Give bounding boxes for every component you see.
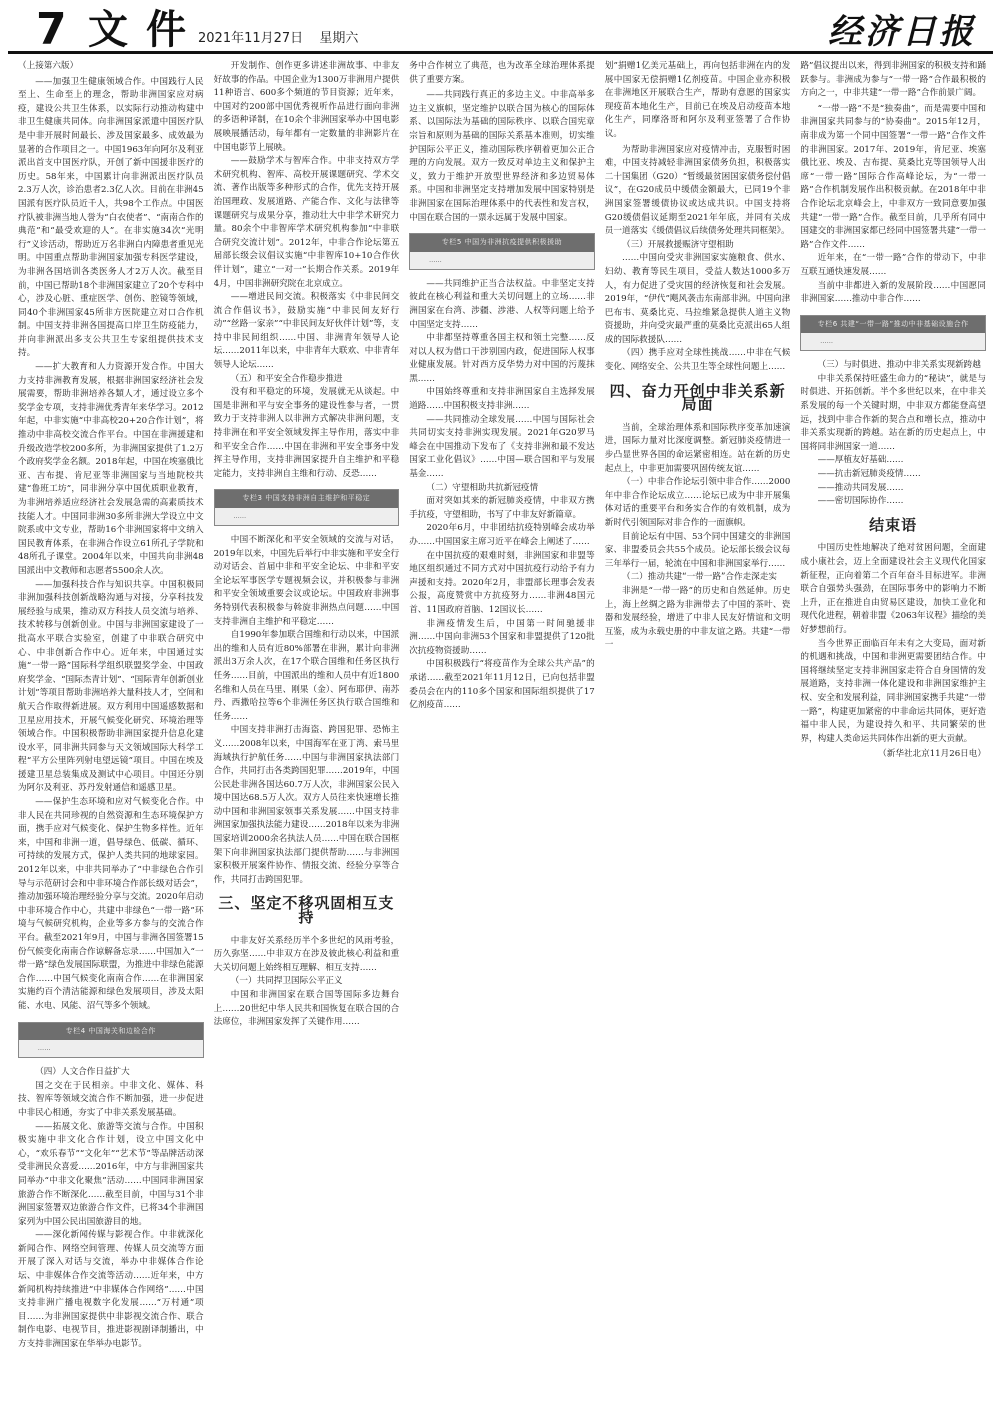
page-number: 7 — [36, 6, 67, 54]
column-4: 划”捐赠1亿美元基础上，再向包括非洲在内的发展中国家无偿捐赠1亿剂疫苗。中国企业… — [605, 60, 791, 1410]
paragraph: 2020年6月，中非团结抗疫特别峰会成功举办……中国国家主席习近平在峰会上阐述了… — [409, 522, 595, 549]
paragraph: 非洲是“一带一路”的历史和自然延伸。历史上，海上丝绸之路为非洲带去了中国的茶叶、… — [605, 585, 791, 653]
sidebar-box: 专栏6 共建“一带一路”推动中非基础设施合作 …… — [800, 315, 986, 352]
paragraph: 开发制作、创作更多讲述非洲故事、中非友好故事的作品。中国企业为1300万非洲用户… — [214, 60, 400, 155]
sidebar-box: 专栏3 中国支持非洲自主维护和平稳定 …… — [214, 489, 400, 526]
newspaper-logo: 经济日报 — [828, 4, 976, 53]
sidebar-body: …… — [215, 508, 399, 525]
sidebar-title: 专栏6 共建“一带一路”推动中非基础设施合作 — [801, 316, 985, 334]
subheading: （四）人文合作日益扩大 — [18, 1066, 204, 1080]
issue-date: 2021年11月27日 星期六 — [198, 27, 370, 46]
paragraph: 中非都坚持尊重各国主权和领土完整……反对以人权为借口干涉别国内政，促进国际人权事… — [409, 332, 595, 386]
sidebar-box: 专栏4 中国海关和边检合作 …… — [18, 1022, 204, 1059]
paragraph: （四）携手应对全球性挑战……中非在气候变化、网络安全、公共卫生等全球性问题上…… — [605, 347, 791, 374]
paragraph: ——密切国际协作…… — [800, 495, 986, 509]
paragraph: 当前，全球治理体系和国际秩序变革加速演进，国际力量对比深度调整。新冠肺炎疫情进一… — [605, 422, 791, 476]
continued-note: （上接第六版） — [18, 60, 204, 74]
paragraph: 自1990年参加联合国维和行动以来，中国派出的维和人员有近80%部署在非洲，累计… — [214, 629, 400, 724]
date: 2021年11月27日 — [198, 31, 303, 46]
paragraph: 务中合作树立了典范，也为改革全球治理体系提供了重要方案。 — [409, 60, 595, 87]
subheading: （三）开展救援赈济守望相助 — [605, 239, 791, 253]
column-3: 务中合作树立了典范，也为改革全球治理体系提供了重要方案。 ——共同践行真正的多边… — [409, 60, 595, 1410]
sidebar-body: …… — [410, 252, 594, 269]
paragraph: ……中国向受灾非洲国家实施粮食、供水、妇幼、教育等民生项目，受益人数达1000多… — [605, 252, 791, 347]
masthead: 7 文件 2021年11月27日 星期六 经济日报 — [0, 0, 1000, 54]
weekday: 星期六 — [319, 31, 358, 46]
paragraph: 路”倡议提出以来，得到非洲国家的积极支持和踊跃参与。非洲成为参与“一带一路”合作… — [800, 60, 986, 101]
paragraph: ——加强科技合作与知识共享。中国积极同非洲加强科技创新战略沟通与对接，分享科技发… — [18, 579, 204, 797]
paragraph: ——拓展文化、旅游等交流与合作。中国积极实施中非文化合作计划，设立中国文化中心，… — [18, 1121, 204, 1230]
sidebar-title: 专栏5 中国为非洲抗疫提供积极援助 — [410, 234, 594, 252]
column-1: （上接第六版） ——加强卫生健康领域合作。中国践行人民至上、生命至上的理念，帮助… — [18, 60, 204, 1410]
subheading: （一）共同捍卫国际公平正义 — [214, 975, 400, 989]
paragraph: ——增进民间交流。积极落实《中非民间交流合作倡议书》，鼓励实施“中非民间友好行动… — [214, 291, 400, 373]
sidebar-title: 专栏3 中国支持非洲自主维护和平稳定 — [215, 490, 399, 508]
paragraph: ——共同维护正当合法权益。中非坚定支持彼此在核心利益和重大关切问题上的立场……非… — [409, 278, 595, 332]
paragraph: ——厚植友好基础…… — [800, 454, 986, 468]
paragraph: “一带一路”不是“独奏曲”，而是需要中国和非洲国家共同参与的“协奏曲”。2015… — [800, 103, 986, 253]
section-heading: 三、坚定不移巩固相互支持 — [214, 897, 400, 924]
sidebar-title: 专栏4 中国海关和边检合作 — [19, 1023, 203, 1041]
paragraph: 为帮助非洲国家应对疫情冲击，克服暂时困难，中国支持减轻非洲国家债务负担，积极落实… — [605, 144, 791, 239]
paragraph: 中非友好关系经历半个多世纪的风雨考验，历久弥坚……中非双方在涉及彼此核心利益和重… — [214, 935, 400, 976]
paragraph: ——推动共同发展…… — [800, 482, 986, 496]
paragraph: 中国和非洲国家在联合国等国际多边舞台上……20世纪中华人民共和国恢复在联合国的合… — [214, 989, 400, 1030]
paragraph: ——加强卫生健康领域合作。中国践行人民至上、生命至上的理念，帮助非洲国家应对病疫… — [18, 76, 204, 361]
section-heading: 四、奋力开创中非关系新局面 — [605, 385, 791, 412]
section-name: 文件 — [88, 6, 204, 54]
paragraph: 目前论坛有中国、53个同中国建交的非洲国家、非盟委员会共55个成员。论坛部长级会… — [605, 531, 791, 572]
paragraph: 当今世界正面临百年未有之大变局，面对新的机遇和挑战，中国和非洲更需要团结合作。中… — [800, 638, 986, 747]
closing-heading: 结束语 — [800, 519, 986, 533]
subheading: （二）守望相助共抗新冠疫情 — [409, 482, 595, 496]
paragraph: 近年来，在“一带一路”合作的带动下，中非互联互通快速发展…… — [800, 252, 986, 279]
paragraph: ——深化新闻传媒与影视合作。中非就深化新闻合作、网络空间管理、传媒人员交流等方面… — [18, 1229, 204, 1351]
masthead-rule — [8, 51, 993, 54]
paragraph: 在中国抗疫的艰难时刻，非洲国家和非盟等地区组织通过不同方式对中国抗疫行动给予有力… — [409, 550, 595, 618]
subheading: （三）与时俱进、推动中非关系实现新跨越 — [800, 359, 986, 373]
paragraph: ——保护生态环境和应对气候变化合作。中非人民在共同珍视的自然资源和生态环境保护方… — [18, 796, 204, 1014]
paragraph: 中国不断深化和平安全领域的交流与对话，2019年以来，中国先后举行中非实施和平安… — [214, 534, 400, 629]
column-5: 路”倡议提出以来，得到非洲国家的积极支持和踊跃参与。非洲成为参与“一带一路”合作… — [800, 60, 986, 1410]
paragraph: ——共同推动全球发展……中国与国际社会共同切实支持非洲实现发展。2021年G20… — [409, 414, 595, 482]
paragraph: （一）中非合作论坛引领中非合作……2000年中非合作论坛成立……论坛已成为中非开… — [605, 476, 791, 530]
subheading: （五）和平安全合作稳步推进 — [214, 373, 400, 387]
paragraph: 中非关系保持旺盛生命力的“秘诀”，就是与时俱进、开拓创新。半个多世纪以来，在中非… — [800, 373, 986, 455]
paragraph: ——扩大教育和人力资源开发合作。中国大力支持非洲教育发展，根据非洲国家经济社会发… — [18, 361, 204, 579]
paragraph: 中国历史性地解决了绝对贫困问题，全面建成小康社会，迈上全面建设社会主义现代化国家… — [800, 542, 986, 637]
paragraph: ——鼓励学术与智库合作。中非支持双方学术研究机构、智库、高校开展课题研究、学术交… — [214, 155, 400, 291]
paragraph: 中国支持非洲打击海盗、跨国犯罪、恐怖主义……2008年以来，中国海军在亚丁湾、索… — [214, 724, 400, 887]
paragraph: 中国积极践行“将疫苗作为全球公共产品”的承诺……截至2021年11月12日，已向… — [409, 658, 595, 712]
paragraph: 没有和平稳定的环境，发展就无从谈起。中国是非洲和平与安全事务的建设性参与者，一贯… — [214, 386, 400, 481]
byline: （新华社北京11月26日电） — [800, 748, 986, 762]
paragraph: 面对突如其来的新冠肺炎疫情，中非双方携手抗疫，守望相助，书写了中非友好新篇章。 — [409, 495, 595, 522]
paragraph: 划”捐赠1亿美元基础上，再向包括非洲在内的发展中国家无偿捐赠1亿剂疫苗。中国企业… — [605, 60, 791, 142]
column-2: 开发制作、创作更多讲述非洲故事、中非友好故事的作品。中国企业为1300万非洲用户… — [214, 60, 400, 1410]
sidebar-box: 专栏5 中国为非洲抗疫提供积极援助 …… — [409, 233, 595, 270]
paragraph: 中国始终尊重和支持非洲国家自主选择发展道路……中国积极支持非洲…… — [409, 386, 595, 413]
sidebar-body: …… — [801, 333, 985, 350]
sidebar-body: …… — [19, 1040, 203, 1057]
paragraph: 非洲疫情发生后，中国第一时间驰援非洲……中国向非洲53个国家和非盟提供了120批… — [409, 618, 595, 659]
paragraph: ——共同践行真正的多边主义。中非高举多边主义旗帜，坚定维护以联合国为核心的国际体… — [409, 89, 595, 225]
subheading: （二）推动共建“一带一路”合作走深走实 — [605, 571, 791, 585]
paragraph: 当前中非都进入新的发展阶段……中国愿同非洲国家……推动中非合作…… — [800, 280, 986, 307]
article-columns: （上接第六版） ——加强卫生健康领域合作。中国践行人民至上、生命至上的理念，帮助… — [18, 60, 986, 1410]
paragraph: ——抗击新冠肺炎疫情…… — [800, 468, 986, 482]
paragraph: 国之交在于民相亲。中非文化、媒体、科技、智库等领域交流合作不断加强，进一步促进中… — [18, 1080, 204, 1121]
